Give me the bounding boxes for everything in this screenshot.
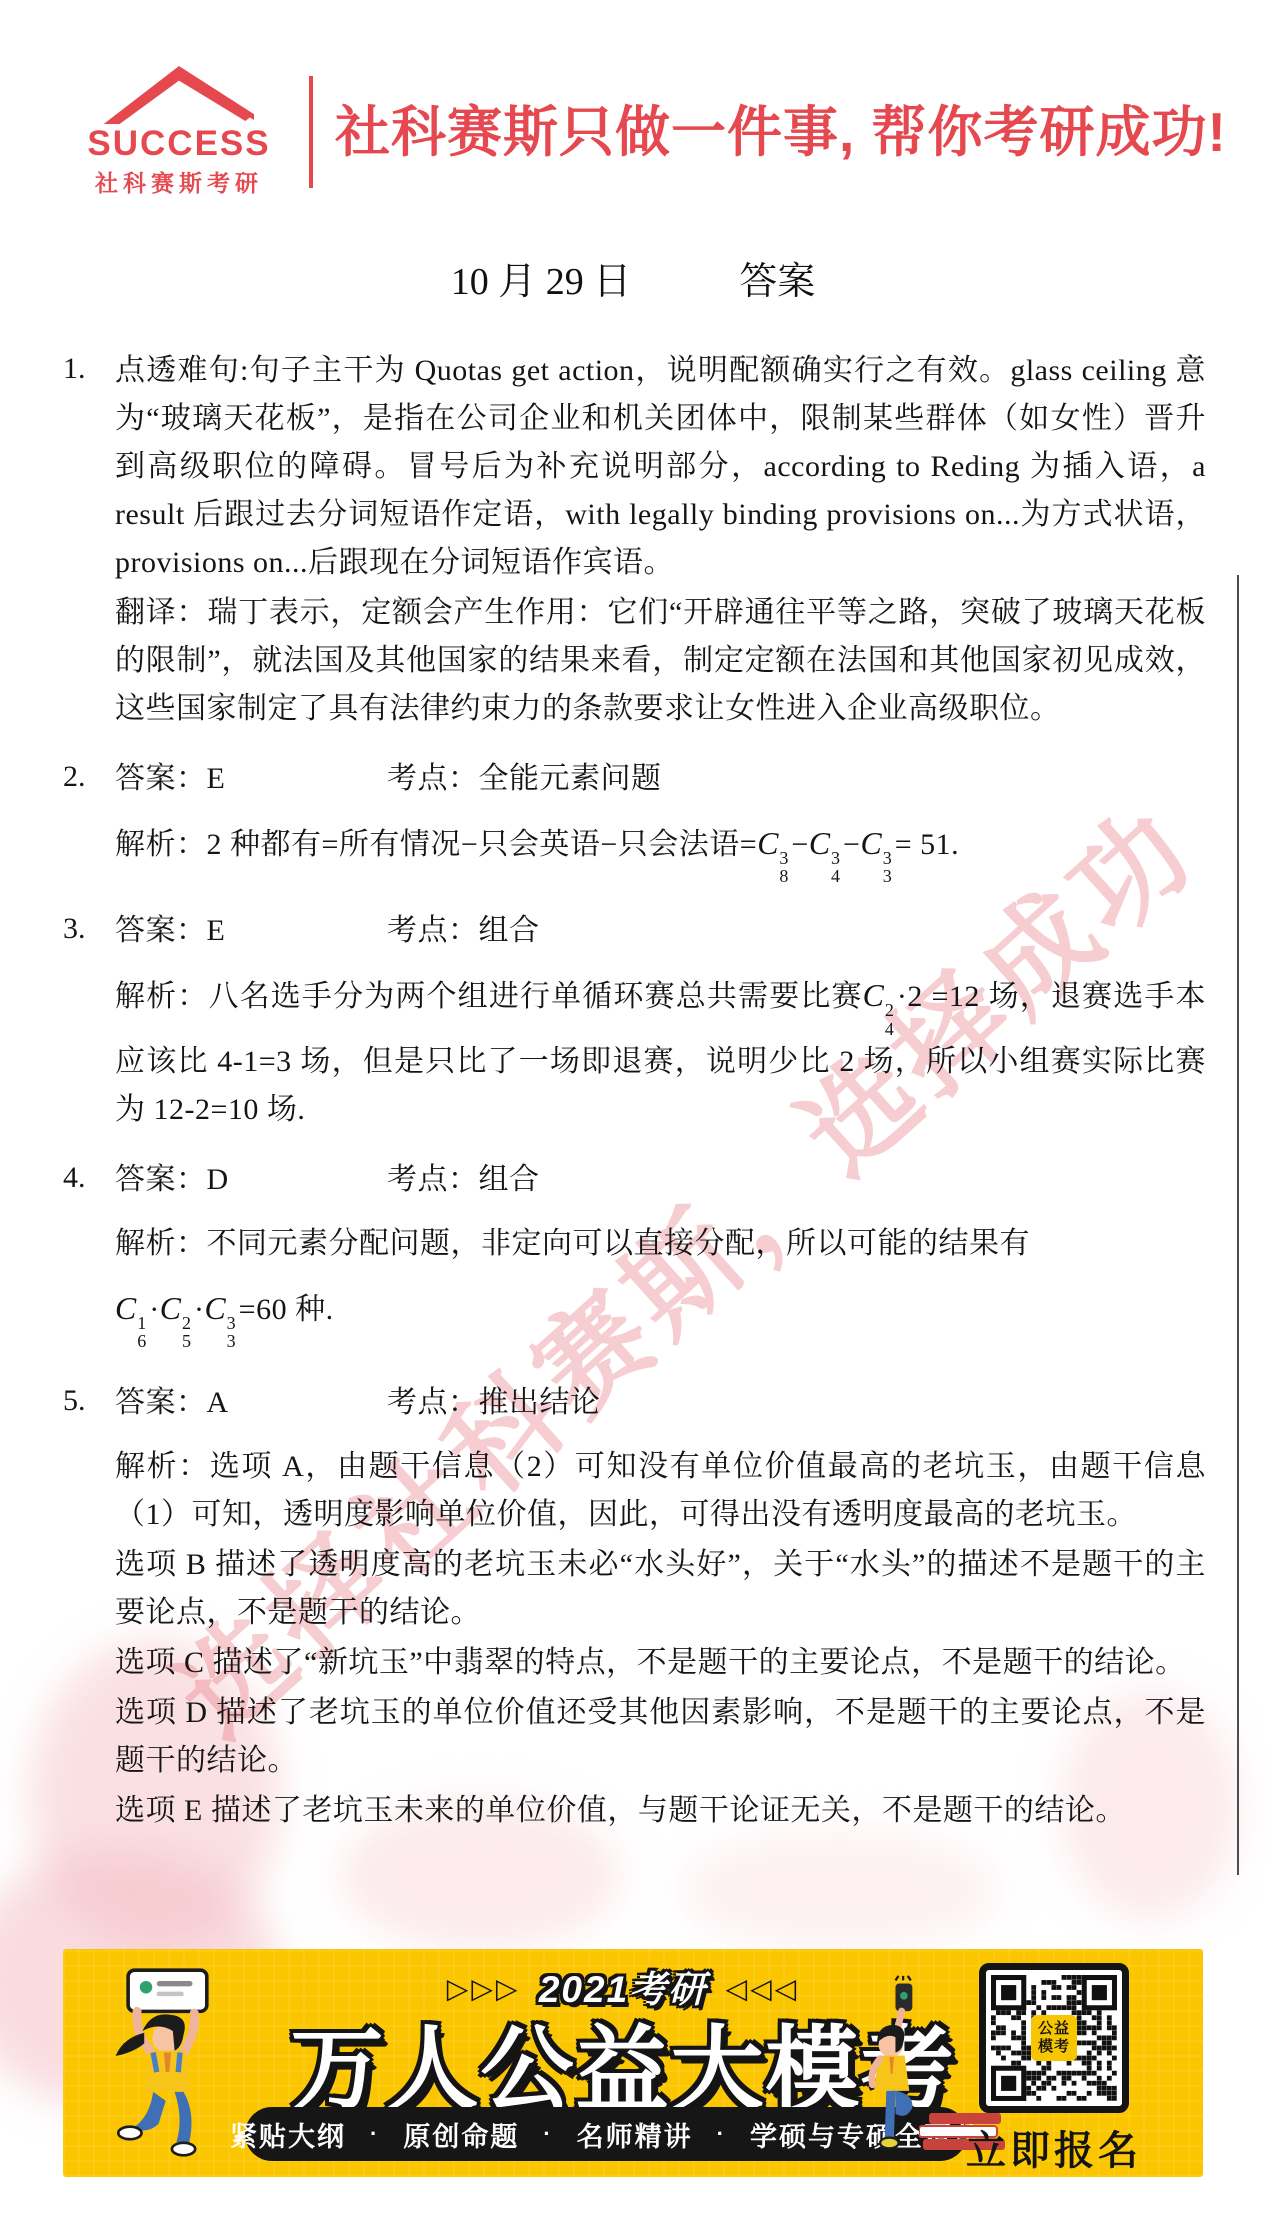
paragraph: 翻译：瑞丁表示，定额会产生作用：它们“开辟通往平等之路，突破了玻璃天花板的限制”… [115, 589, 1206, 733]
success-logo: SUCCESS 社科赛斯考研 [63, 66, 295, 198]
topic-label: 考点： [387, 1163, 479, 1196]
logo-brand-text: SUCCESS [63, 126, 295, 163]
topic-label: 考点： [387, 1386, 479, 1419]
paragraph: 解析：2 种都有=所有情况−只会英语−只会法语=C38−C34−C33= 51. [115, 819, 1206, 886]
feature-separator-dot: · [370, 2121, 379, 2147]
item-number: 3. [63, 905, 115, 1136]
title-date: 10 月 29 日 [451, 261, 632, 303]
combination-formula: C25 [160, 1293, 194, 1326]
answers-list: 1. 点透难句:句子主干为 Quotas get action，说明配额确实行之… [0, 345, 1266, 1855]
brand-header: SUCCESS 社科赛斯考研 社科赛斯只做一件事, 帮你考研成功! [0, 0, 1266, 198]
roof-icon [104, 66, 254, 124]
item-number: 5. [63, 1377, 115, 1837]
item-body: 答案：D考点：组合解析：不同元素分配问题，非定向可以直接分配，所以可能的结果有C… [115, 1154, 1206, 1359]
topic-label: 考点： [387, 762, 479, 795]
feature-separator-dot: · [543, 2121, 552, 2147]
paragraph: 选项 B 描述了透明度高的老坑玉未必“水头好”，关于“水头”的描述不是题干的主要… [115, 1541, 1206, 1637]
answer-item: 3. 答案：E考点：组合解析：八名选手分为两个组进行单循环赛总共需要比赛C24·… [63, 905, 1206, 1136]
topic-label: 考点： [387, 914, 479, 947]
banner-feature: 名师精讲 [577, 2115, 693, 2154]
document-page: 选择社科赛斯，选择成功 SUCCESS 社科赛斯考研 社科赛斯只做一件事, 帮你… [0, 0, 1266, 2233]
answer-label: 答案： [115, 1163, 207, 1196]
promo-banner: ▷▷▷ 2021考研 ◁◁◁ 万人公益大模考 紧贴大纲·原创命题·名师精讲·学硕… [63, 1949, 1203, 2177]
qr-label-line2: 模考 [1038, 2038, 1070, 2056]
qr-center-label: 公益 模考 [1031, 2015, 1077, 2061]
answer-topic-row: 答案：A考点：推出结论 [115, 1379, 1206, 1427]
answer-item: 2. 答案：E考点：全能元素问题解析：2 种都有=所有情况−只会英语−只会法语=… [63, 753, 1206, 888]
combination-formula: C33 [204, 1293, 238, 1326]
feature-separator-dot: · [717, 2121, 726, 2147]
answer-label: 答案： [115, 762, 207, 795]
logo-subtitle-text: 社科赛斯考研 [63, 165, 295, 198]
paragraph: 点透难句:句子主干为 Quotas get action，说明配额确实行之有效。… [115, 347, 1206, 587]
banner-feature: 原创命题 [403, 2115, 519, 2154]
item-number: 4. [63, 1154, 115, 1359]
paragraph: C16·C25·C33=60 种. [115, 1284, 1206, 1351]
item-number: 1. [63, 345, 115, 735]
answer-cell: 答案：D [115, 1156, 387, 1204]
topic-cell: 考点：推出结论 [387, 1379, 1206, 1427]
answer-cell: 答案：A [115, 1379, 387, 1427]
header-divider [309, 76, 313, 188]
topic-cell: 考点：全能元素问题 [387, 755, 1206, 803]
qr-label-line1: 公益 [1038, 2020, 1070, 2038]
topic-value: 全能元素问题 [479, 762, 662, 795]
header-slogan: 社科赛斯只做一件事, 帮你考研成功! [335, 102, 1227, 163]
topic-value: 推出结论 [479, 1386, 601, 1419]
topic-cell: 考点：组合 [387, 1156, 1206, 1204]
combination-formula: C38 [757, 828, 791, 861]
answer-topic-row: 答案：D考点：组合 [115, 1156, 1206, 1204]
answer-topic-row: 答案：E考点：组合 [115, 907, 1206, 955]
paragraph: 选项 D 描述了老坑玉的单位价值还受其他因素影响，不是题干的主要论点，不是题干的… [115, 1689, 1206, 1785]
topic-cell: 考点：组合 [387, 907, 1206, 955]
answer-cell: 答案：E [115, 755, 387, 803]
combination-formula: C34 [809, 828, 843, 861]
answer-item: 5. 答案：A考点：推出结论解析：选项 A，由题干信息（2）可知没有单位价值最高… [63, 1377, 1206, 1837]
answer-value: A [207, 1386, 229, 1419]
paragraph: 解析：不同元素分配问题，非定向可以直接分配，所以可能的结果有 [115, 1220, 1206, 1268]
answer-value: E [207, 762, 226, 795]
item-body: 答案：A考点：推出结论解析：选项 A，由题干信息（2）可知没有单位价值最高的老坑… [115, 1377, 1206, 1837]
topic-value: 组合 [479, 914, 540, 947]
answer-value: D [207, 1163, 229, 1196]
item-number: 2. [63, 753, 115, 888]
answer-item: 4. 答案：D考点：组合解析：不同元素分配问题，非定向可以直接分配，所以可能的结… [63, 1154, 1206, 1359]
combination-formula: C24 [863, 980, 897, 1013]
title-label: 答案 [739, 261, 815, 303]
answer-label: 答案： [115, 1386, 207, 1419]
paragraph: 解析：选项 A，由题干信息（2）可知没有单位价值最高的老坑玉，由题干信息（1）可… [115, 1443, 1206, 1539]
item-body: 点透难句:句子主干为 Quotas get action，说明配额确实行之有效。… [115, 345, 1206, 735]
qr-code: 公益 模考 [979, 1963, 1129, 2113]
combination-formula: C33 [860, 828, 894, 861]
item-body: 答案：E考点：全能元素问题解析：2 种都有=所有情况−只会英语−只会法语=C38… [115, 753, 1206, 888]
paragraph: 选项 C 描述了“新坑玉”中翡翠的特点，不是题干的主要论点，不是题干的结论。 [115, 1639, 1206, 1687]
paragraph: 解析：八名选手分为两个组进行单循环赛总共需要比赛C24·2 =12 场，退赛选手… [115, 971, 1206, 1134]
paragraph: 选项 E 描述了老坑玉未来的单位价值，与题干论证无关，不是题干的结论。 [115, 1787, 1206, 1835]
banner-feature: 紧贴大纲 [230, 2115, 346, 2154]
answer-value: E [207, 914, 226, 947]
answer-label: 答案： [115, 914, 207, 947]
answer-item: 1. 点透难句:句子主干为 Quotas get action，说明配额确实行之… [63, 345, 1206, 735]
answer-cell: 答案：E [115, 907, 387, 955]
page-title: 10 月 29 日答案 [0, 250, 1266, 305]
signup-cta: 立即报名 [963, 2119, 1145, 2176]
topic-value: 组合 [479, 1163, 540, 1196]
promo-banner-wrap: ▷▷▷ 2021考研 ◁◁◁ 万人公益大模考 紧贴大纲·原创命题·名师精讲·学硕… [63, 1949, 1203, 2177]
item-body: 答案：E考点：组合解析：八名选手分为两个组进行单循环赛总共需要比赛C24·2 =… [115, 905, 1206, 1136]
combination-formula: C16 [115, 1293, 149, 1326]
answer-topic-row: 答案：E考点：全能元素问题 [115, 755, 1206, 803]
